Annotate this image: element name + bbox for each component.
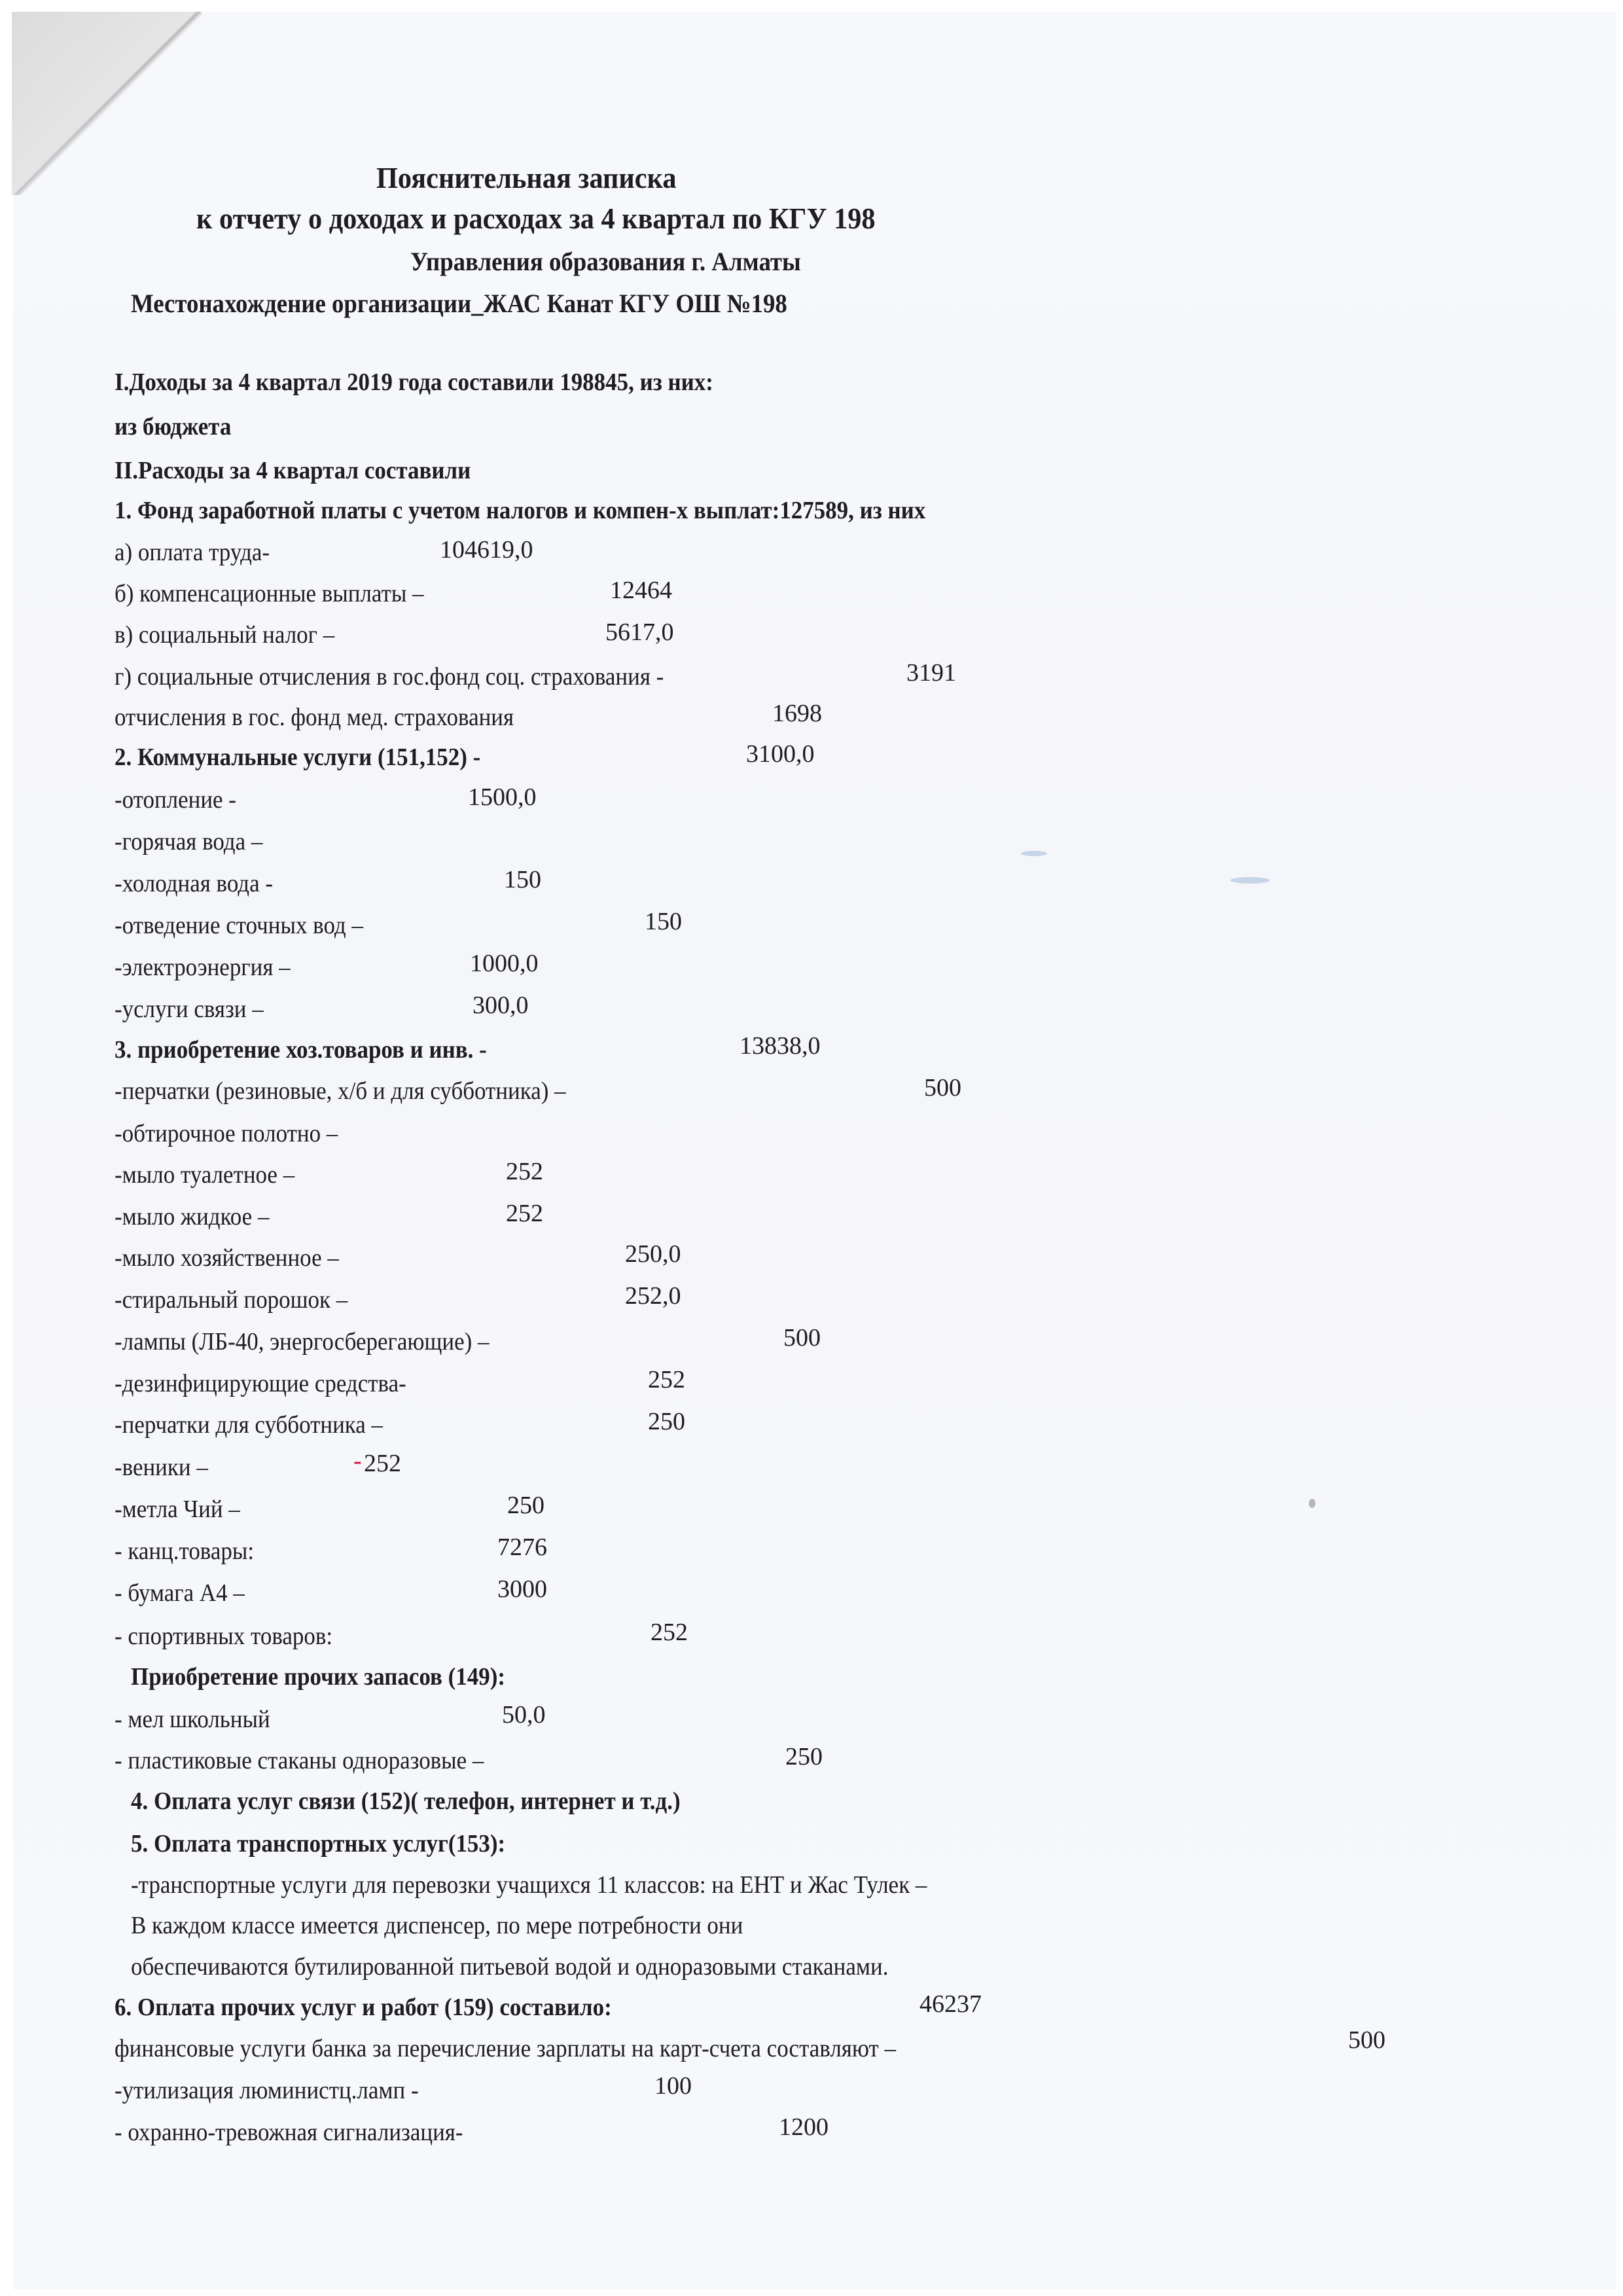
line-item-value: 3191 (906, 658, 956, 687)
document-subtitle: к отчету о доходах и расходах за 4 кварт… (196, 204, 876, 233)
line-item-value: 252 (364, 1449, 401, 1478)
expenses-heading: II.Расходы за 4 квартал составили (115, 456, 471, 485)
department-name: Управления образования г. Алматы (410, 247, 801, 276)
line-item-label: -отведение сточных вод – (115, 911, 363, 940)
line-item-label: -утилизация люминистц.ламп - (115, 2076, 419, 2105)
section-2-total: 3100,0 (746, 740, 815, 768)
line-item-value: 250 (507, 1491, 544, 1520)
line-item-value: 250 (648, 1407, 685, 1436)
scan-speck (1021, 851, 1047, 856)
section-6-total: 46237 (919, 1990, 982, 2018)
section-5-label: 5. Оплата транспортных услуг(153): (131, 1829, 505, 1858)
line-item-value: 104619,0 (440, 535, 533, 564)
line-item-label: -холодная вода - (115, 869, 273, 898)
line-item-value: 1000,0 (470, 949, 539, 978)
line-item-label: в) социальный налог – (115, 620, 334, 649)
line-item-label: -стиральный порошок – (115, 1285, 348, 1314)
line-item-value: 1200 (779, 2113, 829, 2142)
section-4-label: 4. Оплата услуг связи (152)( телефон, ин… (131, 1787, 681, 1816)
section-3-label: 3. приобретение хоз.товаров и инв. - (115, 1035, 487, 1064)
line-item-label: -метла Чий – (115, 1495, 240, 1524)
line-item-label: -перчатки (резиновые, х/б и для субботни… (115, 1077, 566, 1105)
line-item-value: 250,0 (625, 1240, 681, 1268)
line-item-label: -горячая вода – (115, 827, 262, 856)
section-1-label: 1. Фонд заработной платы с учетом налого… (115, 496, 925, 525)
line-item-value: 12464 (610, 576, 672, 605)
scan-speck (1230, 877, 1270, 884)
line-item-label: -мыло хозяйственное – (115, 1244, 339, 1272)
line-item-value: 3000 (497, 1575, 547, 1604)
line-item-value: 250 (785, 1742, 823, 1771)
line-item-label: -услуги связи – (115, 995, 264, 1024)
text-line: -транспортные услуги для перевозки учащи… (131, 1871, 927, 1899)
income-heading: I.Доходы за 4 квартал 2019 года составил… (115, 368, 713, 397)
line-item-label: - пластиковые стаканы одноразовые – (115, 1746, 484, 1775)
line-item-value: 500 (783, 1323, 821, 1352)
line-item-label: - мел школьный (115, 1705, 270, 1734)
line-item-label: -электроэнергия – (115, 953, 291, 982)
line-item-value: 252 (506, 1157, 543, 1186)
line-item-label: - спортивных товаров: (115, 1622, 332, 1651)
line-item-label: -веники – (115, 1453, 208, 1482)
line-item-value: 100 (654, 2072, 692, 2100)
line-item-label: -дезинфицирующие средства- (115, 1369, 406, 1398)
document-title: Пояснительная записка (376, 164, 677, 192)
line-item-label: - охранно-тревожная сигнализация- (115, 2118, 463, 2147)
section-6-label: 6. Оплата прочих услуг и работ (159) сос… (115, 1993, 612, 2022)
line-item-label: г) социальные отчисления в гос.фонд соц.… (115, 662, 664, 691)
line-item-label: б) компенсационные выплаты – (115, 579, 424, 608)
line-item-label: -обтирочное полотно – (115, 1119, 338, 1148)
line-item-label: -лампы (ЛБ-40, энергосберегающие) – (115, 1327, 489, 1356)
line-item-label: отчисления в гос. фонд мед. страхования (115, 703, 514, 732)
line-item-label: - бумага А4 – (115, 1579, 245, 1607)
line-item-value: 300,0 (473, 991, 529, 1020)
line-item-label: финансовые услуги банка за перечисление … (115, 2034, 896, 2063)
line-item-label: -мыло жидкое – (115, 1202, 269, 1231)
line-item-value: 50,0 (502, 1700, 546, 1729)
other-stocks-label: Приобретение прочих запасов (149): (131, 1662, 505, 1691)
line-item-label: - канц.товары: (115, 1537, 254, 1566)
red-ink-mark: - (353, 1446, 362, 1475)
line-item-label: -мыло туалетное – (115, 1160, 294, 1189)
line-item-label: -отопление - (115, 785, 236, 814)
fold-shadow (12, 12, 202, 195)
text-line: обеспечиваются бутилированной питьевой в… (131, 1952, 888, 1981)
line-item-value: 7276 (497, 1533, 547, 1562)
income-source: из бюджета (115, 412, 231, 441)
text-line: В каждом классе имеется диспенсер, по ме… (131, 1911, 743, 1940)
line-item-value: 252 (506, 1199, 543, 1228)
organization-location: Местонахождение организации_ЖАС Канат КГ… (131, 289, 787, 318)
scanned-page (13, 12, 1616, 2289)
line-item-value: 5617,0 (605, 618, 674, 647)
line-item-value: 252 (648, 1365, 685, 1394)
line-item-label: -перчатки для субботника – (115, 1410, 383, 1439)
line-item-value: 1698 (772, 699, 822, 728)
section-3-total: 13838,0 (740, 1031, 821, 1060)
line-item-value: 1500,0 (468, 783, 537, 812)
line-item-value: 150 (645, 907, 682, 936)
line-item-value: 252 (651, 1618, 688, 1647)
line-item-value: 500 (1348, 2026, 1385, 2054)
line-item-value: 500 (924, 1073, 961, 1102)
section-2-label: 2. Коммунальные услуги (151,152) - (115, 743, 480, 772)
line-item-value: 252,0 (625, 1282, 681, 1310)
line-item-label: а) оплата труда- (115, 538, 270, 567)
scan-speck (1309, 1499, 1315, 1508)
line-item-value: 150 (504, 865, 541, 894)
